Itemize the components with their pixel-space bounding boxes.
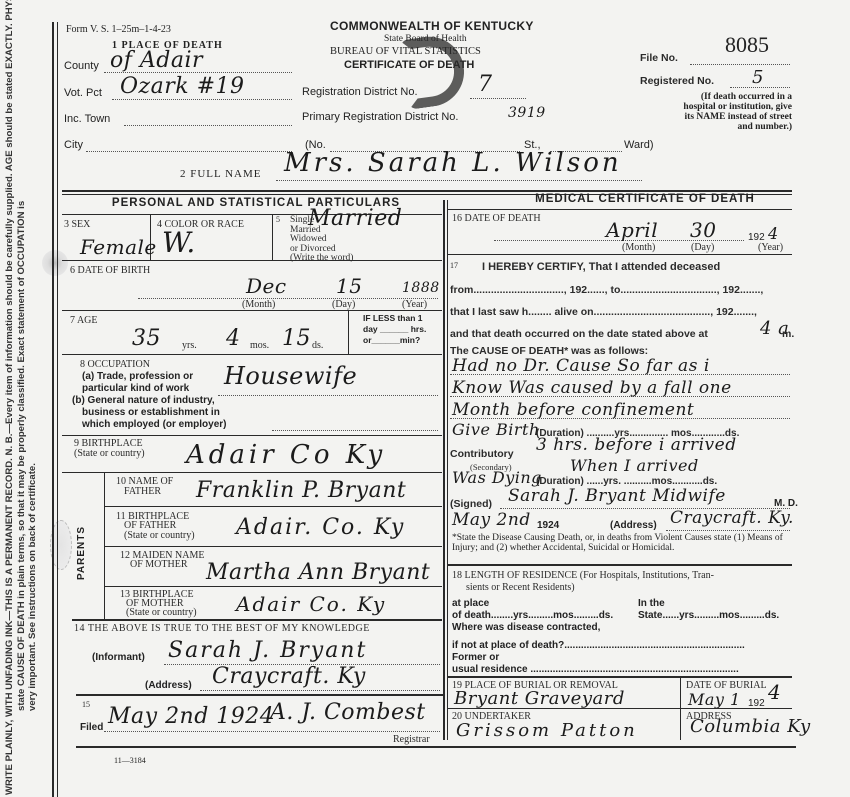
- full-name-line: [276, 180, 642, 181]
- less-than-box: IF LESS than 1 day ______ hrs. or______m…: [363, 313, 426, 346]
- row-divider-age: [62, 354, 442, 355]
- death-certificate: WRITE PLAINLY, WITH UNFADING INK—THIS IS…: [0, 0, 850, 797]
- cause-text-2[interactable]: Know Was caused by a fall one: [452, 378, 732, 398]
- certify-saw-line: that I last saw h........ alive on......…: [450, 306, 757, 318]
- frame-left-line-2: [57, 22, 58, 797]
- margin-instructions: WRITE PLAINLY, WITH UNFADING INK—THIS IS…: [4, 5, 39, 795]
- form-number: Form V. S. 1–25m–1-4-23: [66, 24, 171, 35]
- center-divider: [443, 200, 445, 740]
- registrar-signature[interactable]: A. J. Combest: [270, 700, 426, 725]
- filed-date[interactable]: May 2nd 1924: [108, 704, 274, 729]
- row-divider-sex: [62, 260, 442, 261]
- father-label-2: FATHER: [124, 486, 161, 497]
- burial-year[interactable]: 4: [768, 680, 781, 704]
- sex-label: 3 SEX: [64, 219, 90, 230]
- dob-year[interactable]: 1888: [402, 280, 440, 296]
- primary-reg-value[interactable]: 3919: [508, 105, 546, 121]
- dob-label: 6 DATE OF BIRTH: [70, 265, 150, 276]
- informant-label: (Informant): [92, 652, 145, 663]
- cause-footnote: *State the Disease Causing Death, or, in…: [452, 533, 792, 553]
- less-than-min: or______min?: [363, 335, 426, 346]
- occupation-value[interactable]: Housewife: [224, 362, 357, 390]
- age-label: 7 AGE: [70, 315, 98, 326]
- occupation-a2-label: particular kind of work: [82, 383, 189, 394]
- row-divider-father-bp: [104, 546, 442, 547]
- in-the-label: In the: [638, 598, 665, 609]
- dod-year-caption: (Year): [758, 242, 783, 253]
- city-line: [86, 151, 292, 152]
- dod-month-caption: (Month): [622, 242, 655, 253]
- birthplace-sub: (State or country): [74, 448, 145, 459]
- age-ds-caption: ds.: [312, 340, 323, 351]
- dob-day[interactable]: 15: [336, 274, 362, 298]
- mother-label-2: OF MOTHER: [130, 559, 188, 570]
- inc-town-line: [124, 125, 292, 126]
- reg-district-line: [470, 98, 526, 99]
- file-no-label: File No.: [640, 52, 678, 64]
- cause-text-3[interactable]: Month before confinement: [452, 400, 694, 420]
- reg-district-value[interactable]: 7: [478, 72, 493, 97]
- secondary-value[interactable]: Was Dying: [452, 468, 542, 487]
- employer-line: [272, 430, 438, 431]
- filed-num: 15: [82, 700, 90, 709]
- hospital-note: (If death occurred in a hospital or inst…: [676, 92, 792, 132]
- registrar-label: Registrar: [393, 734, 430, 745]
- of-death-line: of death........yrs.........mos.........…: [452, 610, 613, 621]
- full-name-value[interactable]: Mrs. Sarah L. Wilson: [284, 148, 622, 178]
- less-than-label: IF LESS than 1: [363, 313, 426, 324]
- age-divider: [348, 310, 349, 354]
- filed-line: [104, 731, 440, 732]
- contributory-label: Contributory: [450, 448, 514, 460]
- dob-month-caption: (Month): [242, 299, 275, 310]
- informant-title: 14 THE ABOVE IS TRUE TO THE BEST OF MY K…: [74, 623, 370, 634]
- frame-left-line: [52, 22, 54, 797]
- file-no-value: 8085: [725, 32, 769, 58]
- commonwealth-title: COMMONWEALTH OF KENTUCKY: [330, 19, 534, 33]
- occupation-line: [218, 395, 438, 396]
- file-no-line: [690, 64, 790, 65]
- parents-section-title: PARENTS: [76, 526, 87, 580]
- occupation-a-label: (a) Trade, profession or: [82, 371, 193, 382]
- center-divider-2: [447, 200, 448, 740]
- row-divider-birthplace: [62, 472, 442, 473]
- row-divider-residence: [448, 676, 792, 678]
- dob-year-caption: (Year): [402, 299, 427, 310]
- signed-value[interactable]: Sarah J. Bryant Midwife: [508, 486, 726, 506]
- occupation-b-label: (b) General nature of industry,: [72, 395, 215, 406]
- row-divider-father: [104, 506, 442, 507]
- cause-text-1[interactable]: Had no Dr. Cause So far as i: [452, 356, 710, 376]
- occupation-b3-label: which employed (or employer): [82, 419, 226, 430]
- city-label: City: [64, 139, 83, 151]
- primary-reg-label: Primary Registration District No.: [302, 111, 458, 123]
- filed-label: Filed: [80, 722, 103, 733]
- cause-text-4[interactable]: Give Birth: [452, 420, 540, 439]
- mother-bp-label-3: (State or country): [126, 607, 197, 618]
- burial-place[interactable]: Bryant Graveyard: [454, 688, 625, 709]
- informant-address-line: [200, 690, 440, 691]
- medical-title-underline: [448, 209, 792, 210]
- dob-line: [138, 298, 438, 299]
- sign-address-label: (Address): [610, 520, 657, 531]
- vot-pct-line: [112, 99, 292, 100]
- age-years[interactable]: 35: [132, 326, 161, 351]
- father-name[interactable]: Franklin P. Bryant: [196, 478, 406, 503]
- age-days[interactable]: 15: [282, 326, 311, 351]
- margin-line-1: WRITE PLAINLY, WITH UNFADING INK—THIS IS…: [4, 5, 16, 795]
- dod-year[interactable]: 4: [768, 224, 779, 243]
- margin-line-3: very important. See instructions on back…: [27, 5, 39, 795]
- state-line: State......yrs.........mos.........ds.: [638, 610, 779, 621]
- age-yrs-caption: yrs.: [182, 340, 197, 351]
- sign-address-line: [666, 530, 790, 531]
- row-divider-burial: [448, 708, 792, 709]
- county-value[interactable]: of Adair: [110, 48, 203, 73]
- informant-address-label: (Address): [145, 680, 192, 691]
- where-contracted-label: Where was disease contracted,: [452, 622, 600, 633]
- secondary-note[interactable]: When I arrived: [570, 456, 699, 475]
- medical-section-title: MEDICAL CERTIFICATE OF DEATH: [510, 193, 780, 205]
- former-label: Former or: [452, 652, 499, 663]
- ward-label: Ward): [624, 139, 654, 151]
- dob-month[interactable]: Dec: [246, 274, 287, 298]
- dob-day-caption: (Day): [332, 299, 355, 310]
- time-suffix: m.: [782, 328, 794, 340]
- certify-num: 17: [450, 261, 458, 270]
- informant-address[interactable]: Craycraft. Ky: [212, 664, 366, 689]
- row-divider-dob: [62, 310, 442, 311]
- marital-num: 5: [276, 215, 280, 224]
- age-months[interactable]: 4: [226, 326, 241, 351]
- contributory-value[interactable]: 3 hrs. before i arrived: [536, 435, 737, 455]
- dod-label: 16 DATE OF DEATH: [452, 213, 541, 224]
- if-not-line: if not at place of death?...............…: [452, 640, 745, 651]
- punch-hole: [42, 250, 68, 276]
- footer-code: 11—3184: [114, 756, 146, 765]
- dod-day[interactable]: 30: [690, 218, 716, 242]
- section-divider-top: [62, 190, 792, 192]
- sign-year: 1924: [537, 520, 559, 531]
- residence-title-2: sients or Recent Residents): [466, 582, 575, 593]
- informant-name[interactable]: Sarah J. Bryant: [168, 638, 367, 663]
- age-mos-caption: mos.: [250, 340, 269, 351]
- father-birthplace[interactable]: Adair. Co. Ky: [236, 515, 405, 540]
- color-divider: [272, 215, 273, 260]
- registered-no-label: Registered No.: [640, 75, 714, 87]
- sign-date[interactable]: May 2nd: [452, 510, 531, 530]
- row-divider-parents: [72, 619, 442, 621]
- row-divider-occupation: [62, 435, 442, 436]
- row-divider-dod: [448, 254, 792, 255]
- inc-town-label: Inc. Town: [64, 113, 110, 125]
- registered-no-value: 5: [752, 67, 764, 88]
- certify-text: I HEREBY CERTIFY, That I attended deceas…: [482, 261, 720, 273]
- full-name-label: 2 FULL NAME: [180, 168, 261, 180]
- dod-month[interactable]: April: [606, 218, 658, 242]
- marital-value[interactable]: Married: [308, 206, 402, 231]
- signed-label: (Signed): [450, 498, 492, 510]
- undertaker-address[interactable]: Columbia Ky: [690, 716, 811, 737]
- sign-address[interactable]: Craycraft. Ky.: [670, 508, 794, 528]
- residence-title-1: 18 LENGTH OF RESIDENCE (For Hospitals, I…: [452, 570, 714, 581]
- burial-date[interactable]: May 1: [688, 690, 741, 709]
- row-divider-mother: [104, 586, 442, 587]
- color-value[interactable]: W.: [162, 226, 196, 259]
- marital-instruction: (Write the word): [290, 254, 353, 264]
- dod-day-caption: (Day): [691, 242, 714, 253]
- vot-pct-value[interactable]: Ozark #19: [120, 74, 245, 99]
- bottom-divider: [76, 746, 796, 748]
- certify-occurred-line: and that death occurred on the date stat…: [450, 328, 708, 340]
- less-than-hrs: day ______ hrs.: [363, 324, 426, 335]
- county-label: County: [64, 60, 99, 72]
- undertaker-name[interactable]: Grissom Patton: [456, 720, 638, 741]
- certify-from-line: from..............................., 192…: [450, 284, 763, 296]
- at-place-label: at place: [452, 598, 489, 609]
- vot-pct-label: Vot. Pct: [64, 87, 102, 99]
- reg-district-label: Registration District No.: [302, 86, 418, 98]
- sex-value[interactable]: Female: [80, 235, 157, 259]
- birthplace-value[interactable]: Adair Co Ky: [186, 440, 386, 470]
- father-bp-label-3: (State or country): [124, 530, 195, 541]
- row-divider-informant: [76, 694, 444, 696]
- occupation-label: 8 OCCUPATION: [80, 359, 150, 370]
- mother-name[interactable]: Martha Ann Bryant: [206, 560, 430, 585]
- mother-birthplace[interactable]: Adair Co. Ky: [236, 592, 386, 616]
- usual-residence-line: usual residence ........................…: [452, 664, 739, 675]
- row-divider-medical: [448, 564, 792, 566]
- margin-line-2: state CAUSE OF DEATH in plain terms, so …: [16, 5, 28, 795]
- occupation-b2-label: business or establishment in: [82, 407, 220, 418]
